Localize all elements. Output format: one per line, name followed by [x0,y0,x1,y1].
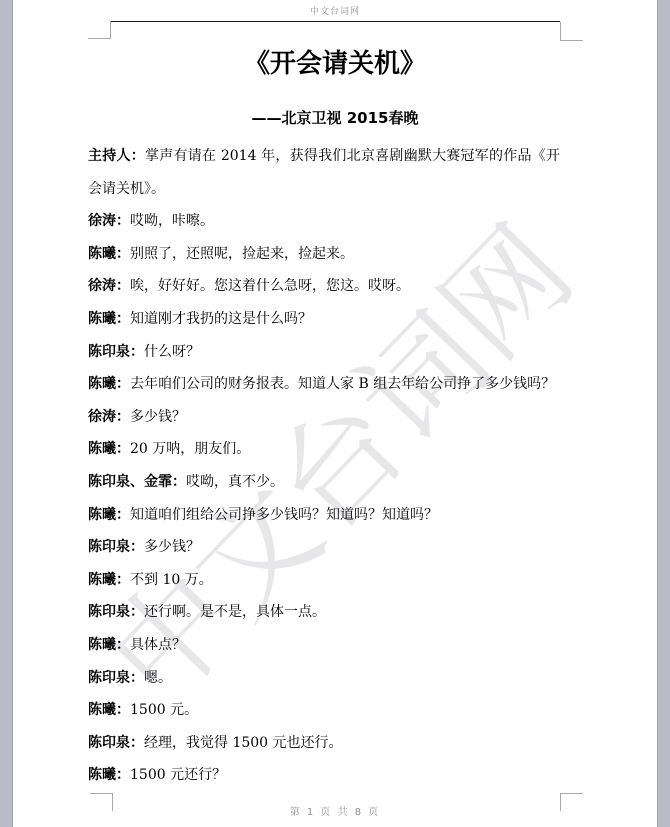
dialogue-paragraph: 陈印泉、金霏：哎呦，真不少。 [88,466,560,499]
dialogue-text: 嗯。 [144,670,172,686]
speaker-name: 徐涛： [88,213,130,229]
speaker-name: 徐涛： [88,278,130,294]
dialogue-paragraph: 陈印泉：什么呀？ [88,336,560,369]
script-subtitle: ——北京卫视 2015春晚 [88,108,582,128]
dialogue-text: 唉，好好好。您这着什么急呀，您这。哎呀。 [130,278,410,294]
dialogue-paragraph: 陈印泉：经理，我觉得 1500 元也还行。 [88,727,560,760]
dialogue-text: 20 万呐，朋友们。 [130,441,250,457]
dialogue-text: 1500 元还行？ [130,767,226,783]
document-page[interactable]: 中文台词网 中文台词网 《开会请关机》 ——北京卫视 2015春晚 主持人：掌声… [0,0,670,827]
dialogue-paragraph: 陈曦：别照了，还照呢，捡起来，捡起来。 [88,238,560,271]
speaker-name: 主持人： [88,148,145,164]
header-rule [110,21,560,22]
dialogue-text: 经理，我觉得 1500 元也还行。 [144,735,343,751]
script-title: 《开会请关机》 [88,46,582,82]
dialogue-text: 掌声有请在 2014 年，获得我们北京喜剧幽默大赛冠军的作品《开会请关机》。 [88,148,560,197]
dialogue-paragraph: 陈印泉：嗯。 [88,662,560,695]
workspace-gutter-right [657,0,670,827]
dialogue-list: 主持人：掌声有请在 2014 年，获得我们北京喜剧幽默大赛冠军的作品《开会请关机… [88,140,560,792]
dialogue-paragraph: 陈印泉：还行啊。是不是，具体一点。 [88,596,560,629]
speaker-name: 陈印泉： [88,735,144,751]
dialogue-text: 多少钱？ [144,539,200,555]
dialogue-paragraph: 陈曦：不到 10 万。 [88,564,560,597]
dialogue-paragraph: 徐涛：唉，好好好。您这着什么急呀，您这。哎呀。 [88,270,560,303]
dialogue-text: 去年咱们公司的财务报表。知道人家 B 组去年给公司挣了多少钱吗？ [130,376,555,392]
page-footer-page-number: 第 1 页 共 8 页 [0,803,670,818]
document-content: 《开会请关机》 ——北京卫视 2015春晚 主持人：掌声有请在 2014 年，获… [88,0,582,792]
speaker-name: 陈曦： [88,637,130,653]
dialogue-paragraph: 主持人：掌声有请在 2014 年，获得我们北京喜剧幽默大赛冠军的作品《开会请关机… [88,140,560,205]
speaker-name: 陈印泉： [88,344,144,360]
speaker-name: 陈曦： [88,441,130,457]
dialogue-paragraph: 陈曦：1500 元。 [88,694,560,727]
dialogue-paragraph: 陈印泉：多少钱？ [88,531,560,564]
dialogue-text: 多少钱？ [130,409,186,425]
text-boundary-mark-top-right [560,22,583,41]
dialogue-text: 知道刚才我扔的这是什么吗？ [130,311,312,327]
speaker-name: 陈印泉： [88,604,144,620]
workspace-gutter-left [0,0,13,827]
dialogue-paragraph: 陈曦：知道咱们组给公司挣多少钱吗？知道吗？知道吗？ [88,499,560,532]
speaker-name: 陈曦： [88,507,130,523]
speaker-name: 陈曦： [88,702,130,718]
dialogue-text: 什么呀？ [144,344,200,360]
speaker-name: 陈曦： [88,376,130,392]
speaker-name: 徐涛： [88,409,130,425]
dialogue-paragraph: 陈曦：知道刚才我扔的这是什么吗？ [88,303,560,336]
dialogue-text: 别照了，还照呢，捡起来，捡起来。 [130,246,354,262]
speaker-name: 陈印泉、金霏： [88,474,186,490]
dialogue-paragraph: 陈曦：具体点？ [88,629,560,662]
speaker-name: 陈曦： [88,767,130,783]
dialogue-text: 还行啊。是不是，具体一点。 [144,604,326,620]
dialogue-paragraph: 陈曦：20 万呐，朋友们。 [88,433,560,466]
speaker-name: 陈曦： [88,572,130,588]
text-boundary-mark-top-left [88,21,111,39]
dialogue-text: 具体点？ [130,637,186,653]
dialogue-text: 哎呦，咔嚓。 [130,213,214,229]
dialogue-text: 知道咱们组给公司挣多少钱吗？知道吗？知道吗？ [130,507,438,523]
dialogue-paragraph: 陈曦：去年咱们公司的财务报表。知道人家 B 组去年给公司挣了多少钱吗？ [88,368,560,401]
dialogue-paragraph: 陈曦：1500 元还行？ [88,759,560,792]
dialogue-paragraph: 徐涛：多少钱？ [88,401,560,434]
dialogue-text: 1500 元。 [130,702,198,718]
speaker-name: 陈印泉： [88,670,144,686]
dialogue-text: 哎呦，真不少。 [186,474,284,490]
speaker-name: 陈印泉： [88,539,144,555]
speaker-name: 陈曦： [88,246,130,262]
speaker-name: 陈曦： [88,311,130,327]
dialogue-text: 不到 10 万。 [130,572,213,588]
page-header-site-name: 中文台词网 [0,4,670,17]
dialogue-paragraph: 徐涛：哎呦，咔嚓。 [88,205,560,238]
